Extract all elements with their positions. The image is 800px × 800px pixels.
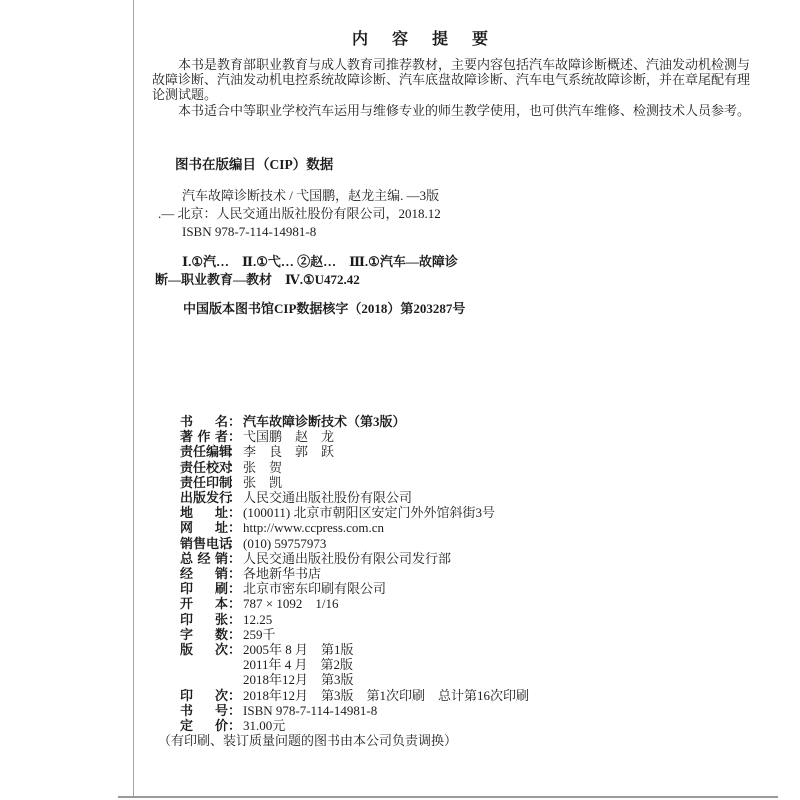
colophon-value: 弋国鹏 赵 龙 [243, 429, 334, 444]
colophon-label: 字数 [180, 627, 228, 642]
colophon-label: 版次 [180, 642, 228, 657]
colophon-block: 书名：汽车故障诊断技术（第3版）著作者：弋国鹏 赵 龙责任编辑：李 良 郭 跃责… [180, 414, 529, 748]
content-summary-paragraph: 本书是教育部职业教育与成人教育司推荐教材，主要内容包括汽车故障诊断概述、汽油发动… [152, 57, 750, 103]
colophon-colon: ： [228, 596, 241, 611]
colophon-label: 著作者 [180, 429, 228, 444]
colophon-colon: ： [228, 566, 241, 581]
cip-heading: 图书在版编目（CIP）数据 [175, 157, 333, 172]
page-bottom-edge-line [118, 796, 778, 798]
colophon-label: 责任编辑 [180, 444, 228, 459]
colophon-colon: ： [228, 505, 241, 520]
colophon-label: 责任校对 [180, 460, 228, 475]
cip-isbn-line: ISBN 978-7-114-14981-8 [182, 224, 316, 239]
cip-title-line: 汽车故障诊断技术 / 弋国鹏，赵龙主编. —3版 [182, 188, 439, 203]
colophon-value: 2018年12月 第3版 第1次印刷 总计第16次印刷 [243, 688, 529, 703]
colophon-colon: ： [228, 414, 241, 429]
colophon-value: 张 凯 [243, 475, 282, 490]
colophon-row: 地址：(100011) 北京市朝阳区安定门外外馆斜街3号 [180, 505, 529, 520]
colophon-value: http://www.ccpress.com.cn [243, 520, 384, 535]
colophon-value: (010) 59757973 [243, 536, 326, 551]
colophon-row: 印刷：北京市密东印刷有限公司 [180, 581, 529, 596]
colophon-value: 2018年12月 第3版 [243, 672, 354, 687]
colophon-row: 字数：259千 [180, 627, 529, 642]
colophon-label: 责任印制 [180, 475, 228, 490]
colophon-value: 各地新华书店 [243, 566, 321, 581]
colophon-rows: 书名：汽车故障诊断技术（第3版）著作者：弋国鹏 赵 龙责任编辑：李 良 郭 跃责… [180, 414, 529, 733]
colophon-colon: ： [228, 475, 241, 490]
colophon-row: 责任校对：张 贺 [180, 460, 529, 475]
colophon-label: 开本 [180, 596, 228, 611]
colophon-value: 汽车故障诊断技术（第3版） [243, 414, 406, 429]
colophon-value: 259千 [243, 627, 276, 642]
colophon-label: 经销 [180, 566, 228, 581]
reprint-note: （有印刷、装订质量问题的图书由本公司负责调换） [158, 733, 529, 748]
colophon-label: 书名 [180, 414, 228, 429]
colophon-colon: ： [228, 642, 241, 657]
colophon-value: 人民交通出版社股份有限公司发行部 [243, 551, 451, 566]
colophon-colon: ： [228, 703, 241, 718]
colophon-row: 版次：2005年 8 月 第1版 [180, 642, 529, 657]
colophon-value: 李 良 郭 跃 [243, 444, 334, 459]
cip-classification-line: 断—职业教育—教材 Ⅳ.①U472.42 [155, 272, 360, 287]
cip-record-number: 中国版本图书馆CIP数据核字（2018）第203287号 [183, 301, 465, 316]
colophon-row: ：2018年12月 第3版 [180, 672, 529, 687]
colophon-row: 定价：31.00元 [180, 718, 529, 733]
content-summary-paragraph: 本书适合中等职业学校汽车运用与维修专业的师生教学使用，也可供汽车维修、检测技术人… [152, 103, 750, 118]
colophon-value: 人民交通出版社股份有限公司 [243, 490, 412, 505]
colophon-value: (100011) 北京市朝阳区安定门外外馆斜街3号 [243, 505, 495, 520]
colophon-colon: ： [228, 612, 241, 627]
colophon-colon: ： [228, 688, 241, 703]
colophon-label: 网址 [180, 520, 228, 535]
colophon-label: 印刷 [180, 581, 228, 596]
colophon-row: 经销：各地新华书店 [180, 566, 529, 581]
colophon-row: ：2011年 4 月 第2版 [180, 657, 529, 672]
cip-publisher-line: .— 北京：人民交通出版社股份有限公司，2018.12 [158, 206, 441, 221]
colophon-label: 定价 [180, 718, 228, 733]
colophon-value: 北京市密东印刷有限公司 [243, 581, 386, 596]
colophon-colon: ： [228, 460, 241, 475]
colophon-colon: ： [228, 520, 241, 535]
colophon-colon: ： [228, 429, 241, 444]
colophon-row: 出版发行：人民交通出版社股份有限公司 [180, 490, 529, 505]
colophon-colon: ： [228, 536, 241, 551]
colophon-colon: ： [228, 627, 241, 642]
book-copyright-page: 内 容 提 要 本书是教育部职业教育与成人教育司推荐教材，主要内容包括汽车故障诊… [0, 0, 800, 800]
colophon-row: 开本：787 × 1092 1/16 [180, 596, 529, 611]
colophon-row: 责任编辑：李 良 郭 跃 [180, 444, 529, 459]
colophon-row: 网址：http://www.ccpress.com.cn [180, 520, 529, 535]
content-summary-block: 内 容 提 要 本书是教育部职业教育与成人教育司推荐教材，主要内容包括汽车故障诊… [152, 32, 750, 118]
colophon-row: 销售电话：(010) 59757973 [180, 536, 529, 551]
colophon-row: 印次：2018年12月 第3版 第1次印刷 总计第16次印刷 [180, 688, 529, 703]
colophon-row: 著作者：弋国鹏 赵 龙 [180, 429, 529, 444]
colophon-label: 销售电话 [180, 536, 228, 551]
content-summary-title: 内 容 提 要 [152, 32, 692, 48]
colophon-value: 张 贺 [243, 460, 282, 475]
page-fold-edge-line [133, 0, 134, 797]
colophon-value: 2005年 8 月 第1版 [243, 642, 354, 657]
colophon-row: 责任印制：张 凯 [180, 475, 529, 490]
colophon-colon: ： [228, 444, 241, 459]
colophon-label: 印次 [180, 688, 228, 703]
colophon-label: 地址 [180, 505, 228, 520]
colophon-colon: ： [228, 490, 241, 505]
colophon-value: ISBN 978-7-114-14981-8 [243, 703, 377, 718]
colophon-colon: ： [228, 718, 241, 733]
colophon-colon: ： [228, 551, 241, 566]
colophon-colon: ： [228, 581, 241, 596]
colophon-label: 书号 [180, 703, 228, 718]
colophon-value: 2011年 4 月 第2版 [243, 657, 353, 672]
colophon-row: 书名：汽车故障诊断技术（第3版） [180, 414, 529, 429]
colophon-row: 印张：12.25 [180, 612, 529, 627]
colophon-label: 出版发行 [180, 490, 228, 505]
colophon-value: 787 × 1092 1/16 [243, 596, 338, 611]
cip-classification-line: Ⅰ.①汽… Ⅱ.①弋… ②赵… Ⅲ.①汽车—故障诊 [182, 254, 458, 269]
colophon-value: 31.00元 [243, 718, 285, 733]
colophon-label: 总经销 [180, 551, 228, 566]
colophon-row: 书号：ISBN 978-7-114-14981-8 [180, 703, 529, 718]
colophon-value: 12.25 [243, 612, 272, 627]
colophon-label: 印张 [180, 612, 228, 627]
colophon-row: 总经销：人民交通出版社股份有限公司发行部 [180, 551, 529, 566]
